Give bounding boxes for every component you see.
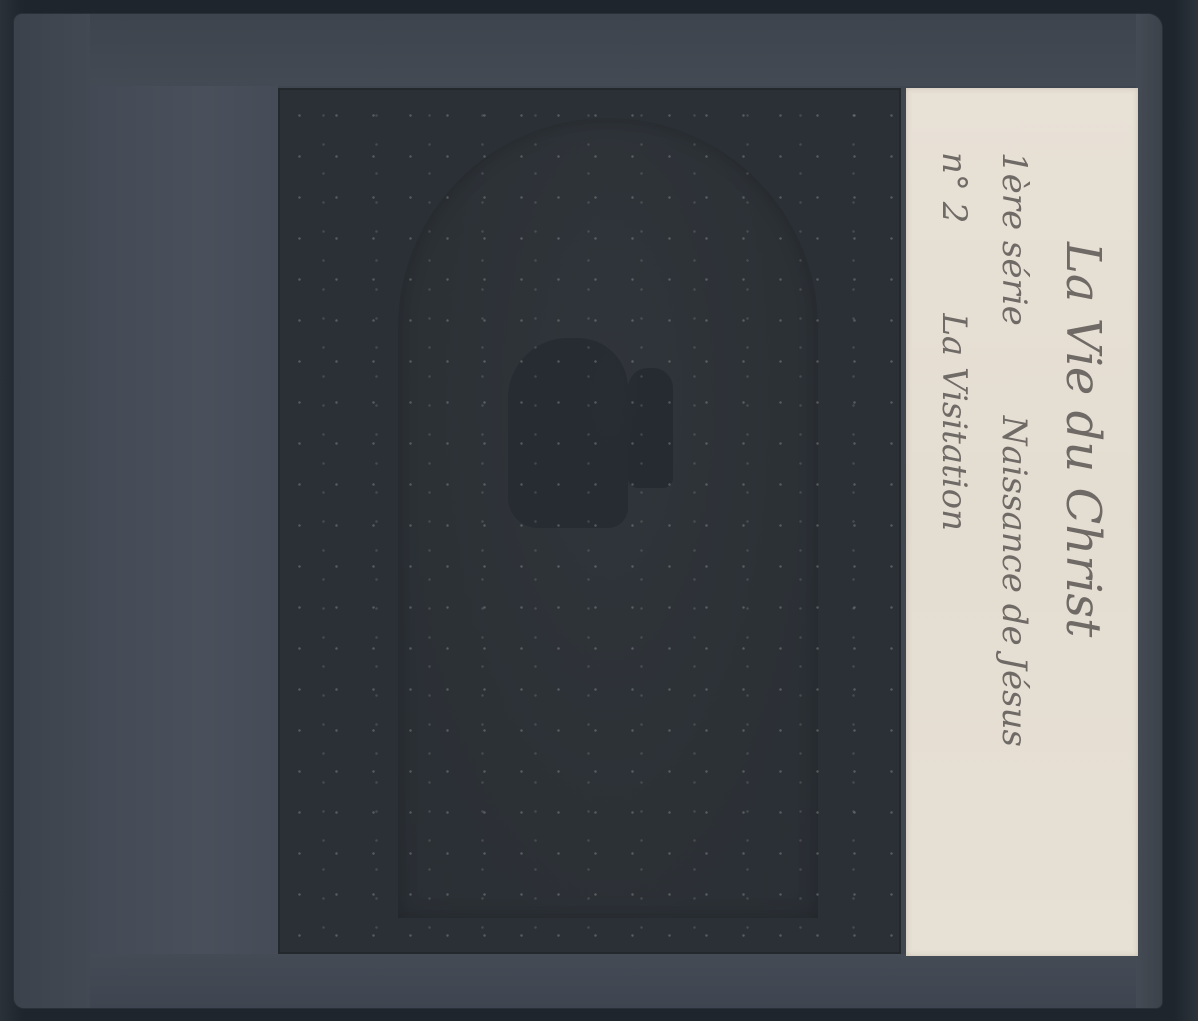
handwritten-label-text: La Vie du Christ 1ère sérieNaissance de … <box>937 132 1107 912</box>
glass-image-area <box>278 88 901 954</box>
label-title: La Vie du Christ <box>1059 132 1107 912</box>
binding-tape-left-inner <box>90 86 278 954</box>
binding-tape-top <box>90 14 1150 86</box>
binding-tape-left-outer <box>14 14 90 1008</box>
paper-label: La Vie du Christ 1ère sérieNaissance de … <box>906 88 1138 956</box>
lantern-slide: La Vie du Christ 1ère sérieNaissance de … <box>14 14 1162 1008</box>
label-slide-title: La Visitation <box>934 313 974 531</box>
label-series-name: Naissance de Jésus <box>994 416 1034 747</box>
label-number-prefix: n° 2 <box>934 152 974 223</box>
lantern-slide-photo: La Vie du Christ 1ère sérieNaissance de … <box>0 0 1198 1021</box>
dust-specks <box>278 88 901 954</box>
label-series-line: 1ère sérieNaissance de Jésus <box>997 132 1031 912</box>
label-series-prefix: 1ère série <box>994 152 1034 326</box>
binding-tape-right <box>1136 14 1162 1008</box>
binding-tape-bottom <box>90 954 1150 1008</box>
label-number-line: n° 2La Visitation <box>937 132 971 912</box>
